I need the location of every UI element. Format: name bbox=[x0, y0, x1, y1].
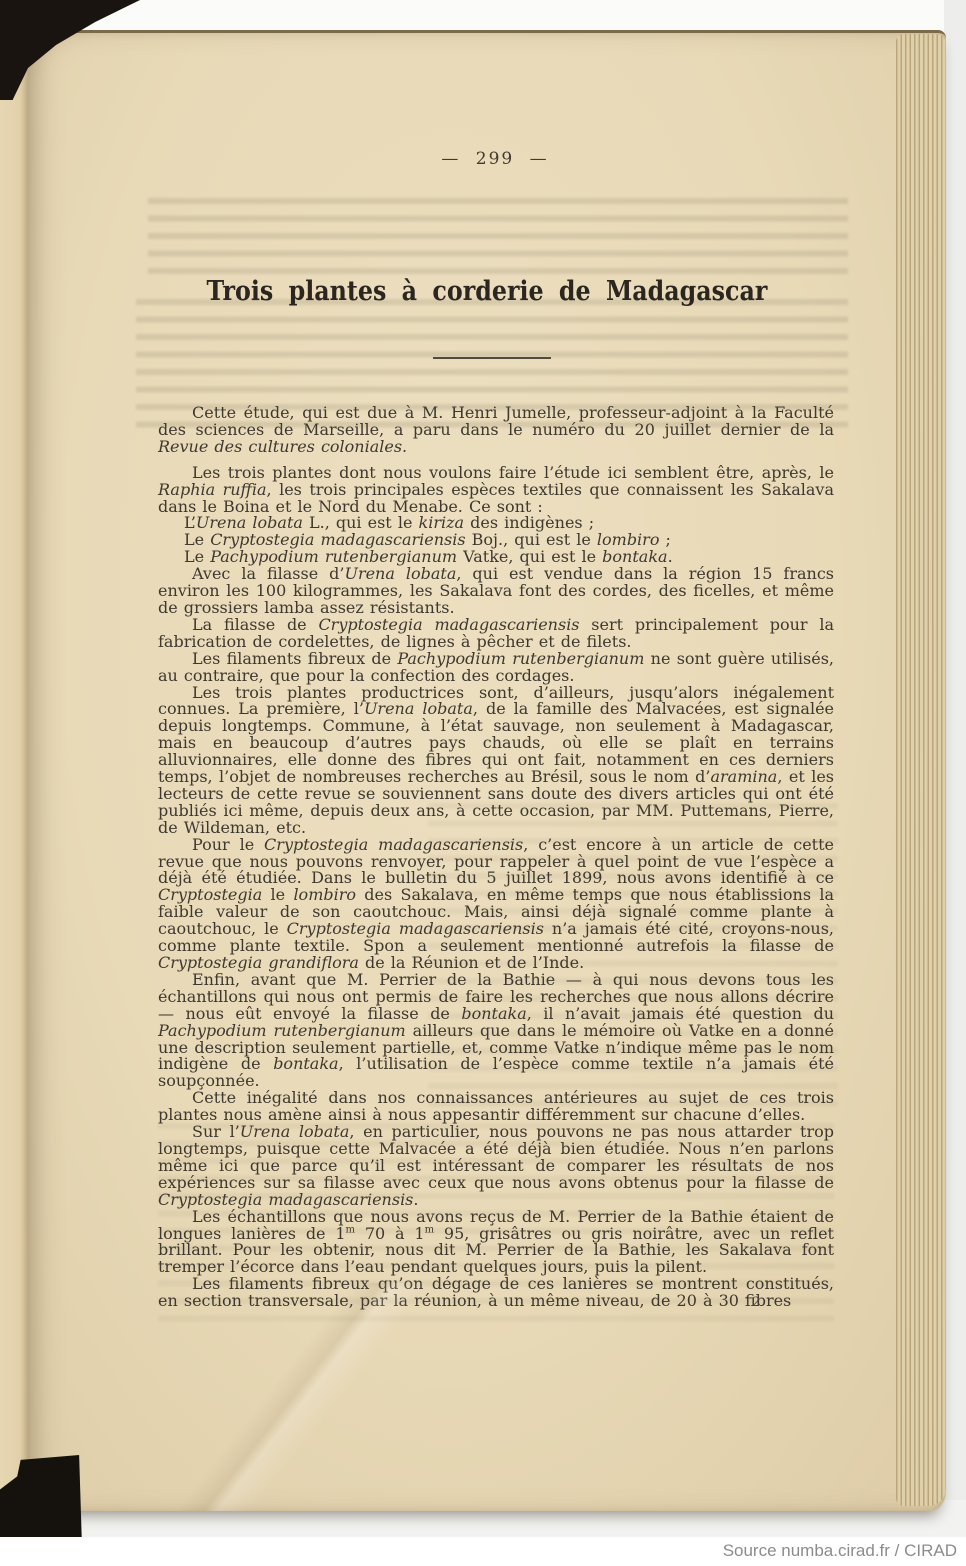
page-stack-edge bbox=[896, 34, 946, 1506]
signature-number: 12 bbox=[728, 1295, 776, 1310]
paragraph: Les trois plantes productrices sont, d’a… bbox=[158, 685, 834, 837]
article-title: Trois plantes à corderie de Madagascar bbox=[83, 276, 891, 307]
paragraph: Sur l’Urena lobata, en particulier, nous… bbox=[158, 1124, 834, 1209]
source-attribution-text: Source numba.cirad.fr / CIRAD bbox=[723, 1537, 957, 1565]
paper-wrinkle bbox=[28, 1283, 548, 1511]
paragraph: Les filaments fibreux de Pachypodium rut… bbox=[158, 651, 834, 685]
bleedthrough-ghost-top bbox=[148, 198, 848, 274]
paragraph: Cette étude, qui est due à M. Henri Jume… bbox=[158, 405, 834, 456]
paragraph: Pour le Cryptostegia madagascariensis, c… bbox=[158, 837, 834, 972]
paragraph: Avec la filasse d’Urena lobata, qui est … bbox=[158, 566, 834, 617]
paragraph: Cette inégalité dans nos connaissances a… bbox=[158, 1090, 834, 1124]
paragraph: La filasse de Cryptostegia madagascarien… bbox=[158, 617, 834, 651]
header-page-number: — 299 — bbox=[158, 149, 832, 169]
scanner-background-right bbox=[944, 0, 966, 1537]
facing-page-edge bbox=[0, 26, 31, 1492]
title-rule bbox=[433, 357, 551, 359]
body-text: Cette étude, qui est due à M. Henri Jume… bbox=[158, 405, 834, 1310]
paragraph: Enfin, avant que M. Perrier de la Bathie… bbox=[158, 972, 834, 1090]
source-attribution-bar: Source numba.cirad.fr / CIRAD bbox=[0, 1537, 966, 1566]
paragraph: Les trois plantes dont nous voulons fair… bbox=[158, 465, 834, 516]
paragraph: Les échantillons que nous avons reçus de… bbox=[158, 1209, 834, 1277]
book-page: — 299 — Trois plantes à corderie de Mada… bbox=[28, 30, 946, 1511]
